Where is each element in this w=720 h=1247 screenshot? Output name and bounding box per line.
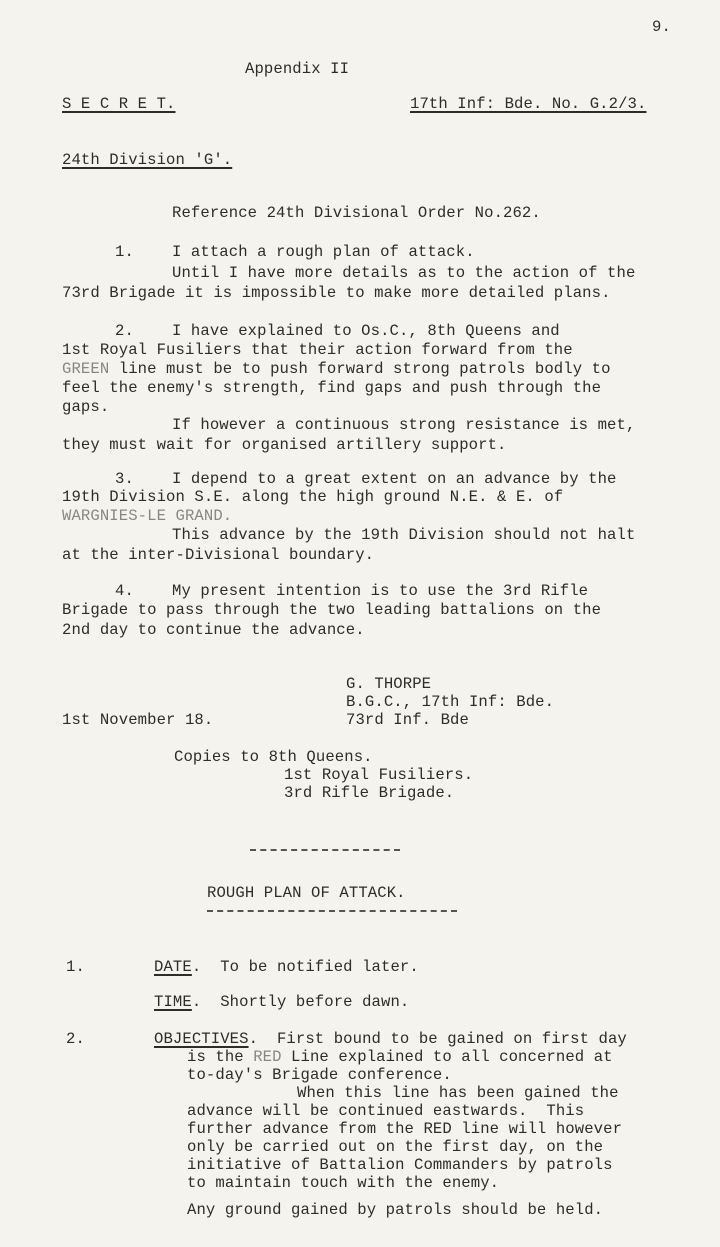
- reference-line: Reference 24th Divisional Order No.262.: [172, 204, 541, 222]
- text-line: 73rd Brigade it is impossible to make mo…: [62, 284, 611, 302]
- text-line: to-day's Brigade conference.: [187, 1066, 452, 1084]
- objectives-label: OBJECTIVES: [154, 1030, 249, 1048]
- item-number: 2.: [66, 1030, 85, 1048]
- text-line: to maintain touch with the enemy.: [187, 1174, 499, 1192]
- text-line: initiative of Battalion Commanders by pa…: [187, 1156, 613, 1174]
- text-line: GREEN line must be to push forward stron…: [62, 360, 611, 378]
- copies-recipient: 1st Royal Fusiliers.: [284, 766, 473, 784]
- item-number: 1.: [66, 958, 85, 976]
- document-date: 1st November 18.: [62, 711, 213, 729]
- text-line: My present intention is to use the 3rd R…: [172, 582, 588, 600]
- text-line: Brigade to pass through the two leading …: [62, 601, 601, 619]
- red-line-label: RED: [253, 1048, 281, 1066]
- date-label: DATE: [154, 958, 192, 976]
- text-span: . First bound to be gained on first day: [249, 1030, 627, 1048]
- reference-number: 17th Inf: Bde. No. G.2/3.: [410, 95, 646, 113]
- classification: S E C R E T.: [62, 95, 176, 113]
- text-span: . To be notified later.: [192, 958, 419, 976]
- document-page: 9. Appendix II S E C R E T. 17th Inf: Bd…: [0, 0, 720, 1247]
- text-line: only be carried out on the first day, on…: [187, 1138, 603, 1156]
- place-name: WARGNIES-LE GRAND.: [62, 507, 232, 525]
- plan-title: ROUGH PLAN OF ATTACK.: [207, 884, 406, 902]
- text-line: OBJECTIVES. First bound to be gained on …: [154, 1030, 627, 1048]
- page-number: 9.: [652, 18, 671, 36]
- text-line: I depend to a great extent on an advance…: [172, 470, 617, 488]
- time-label: TIME: [154, 993, 192, 1011]
- copies-recipient: 3rd Rifle Brigade.: [284, 784, 454, 802]
- text-line: feel the enemy's strength, find gaps and…: [62, 379, 601, 397]
- text-line: gaps.: [62, 398, 109, 416]
- signatory-unit: 73rd Inf. Bde: [346, 711, 469, 729]
- text-line: When this line has been gained the: [297, 1084, 619, 1102]
- text-span: . Shortly before dawn.: [192, 993, 410, 1011]
- text-line: If however a continuous strong resistanc…: [172, 416, 635, 434]
- green-line-label: GREEN: [62, 360, 109, 378]
- text-line: TIME. Shortly before dawn.: [154, 993, 409, 1011]
- addressee: 24th Division 'G'.: [62, 151, 232, 169]
- paragraph-number: 4.: [115, 582, 134, 600]
- text-span: is the: [187, 1048, 253, 1066]
- paragraph-number: 3.: [115, 470, 134, 488]
- text-line: Any ground gained by patrols should be h…: [187, 1201, 603, 1219]
- signatory-name: G. THORPE: [346, 675, 431, 693]
- text-line: 1st Royal Fusiliers that their action fo…: [62, 341, 573, 359]
- text-line: at the inter-Divisional boundary.: [62, 546, 374, 564]
- paragraph-number: 2.: [115, 322, 134, 340]
- text-span: Line explained to all concerned at: [282, 1048, 613, 1066]
- signatory-title: B.G.C., 17th Inf: Bde.: [346, 693, 554, 711]
- text-line: I attach a rough plan of attack.: [172, 243, 475, 261]
- title-underline: [207, 910, 457, 912]
- text-line: further advance from the RED line will h…: [187, 1120, 622, 1138]
- text-span: line must be to push forward strong patr…: [109, 360, 610, 378]
- paragraph-number: 1.: [115, 243, 134, 261]
- divider: [250, 849, 400, 851]
- copies-label: Copies to 8th Queens.: [174, 748, 373, 766]
- text-line: advance will be continued eastwards. Thi…: [187, 1102, 584, 1120]
- text-line: 19th Division S.E. along the high ground…: [62, 488, 563, 506]
- text-line: I have explained to Os.C., 8th Queens an…: [172, 322, 560, 340]
- text-line: This advance by the 19th Division should…: [172, 526, 635, 544]
- text-line: is the RED Line explained to all concern…: [187, 1048, 613, 1066]
- text-line: 2nd day to continue the advance.: [62, 621, 365, 639]
- text-line: DATE. To be notified later.: [154, 958, 419, 976]
- text-line: they must wait for organised artillery s…: [62, 436, 507, 454]
- text-line: Until I have more details as to the acti…: [172, 264, 635, 282]
- appendix-heading: Appendix II: [245, 60, 349, 78]
